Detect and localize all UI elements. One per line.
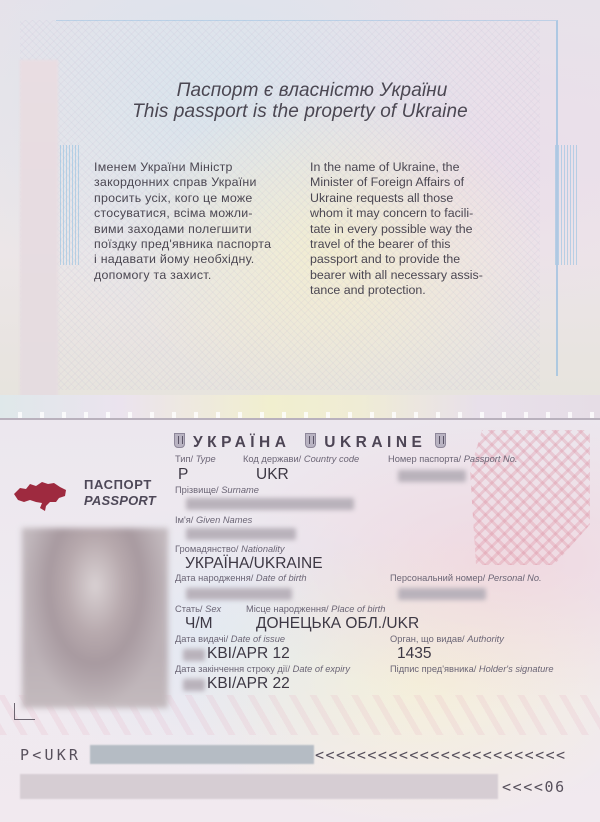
passport-number-label: Номер паспорта/ Passport No. [388, 454, 517, 464]
trident-icon [435, 433, 446, 448]
country-name-en: UKRAINE [324, 434, 426, 451]
ukraine-map-icon [12, 478, 68, 514]
document-title-en: PASSPORT [84, 493, 156, 509]
microprint-strip-left [60, 145, 80, 265]
mrz-line-1-prefix: P<UKR [20, 746, 81, 764]
place-of-birth-label: Місце народження/ Place of birth [246, 604, 385, 614]
surname-redacted [186, 498, 354, 510]
authority-value: 1435 [397, 645, 431, 663]
microprint-strip-right [555, 145, 577, 265]
personal-number-redacted [398, 588, 486, 600]
country-code-value: UKR [256, 466, 289, 484]
holder-photo-blurred [22, 528, 168, 708]
trident-icon [305, 433, 316, 448]
date-of-birth-redacted [186, 588, 292, 600]
observations-page: Паспорт є власністю України This passpor… [0, 0, 600, 418]
nationality-value: УКРАЇНА/UKRAINE [185, 555, 323, 573]
mrz-line-2-suffix: <<<<06 [502, 778, 566, 796]
date-of-birth-label: Дата народження/ Date of birth [175, 573, 307, 583]
date-of-issue-day-redacted [183, 649, 205, 661]
photo-corner-mark [14, 703, 35, 720]
mrz-line-1-filler: <<<<<<<<<<<<<<<<<<<<<<<< [315, 746, 567, 764]
trident-icon [174, 433, 185, 448]
country-code-label: Код держави/ Country code [243, 454, 359, 464]
mrz-line-2-redacted [20, 774, 498, 799]
authority-label: Орган, що видав/ Authority [390, 634, 504, 644]
date-of-expiry-value: KBI/APR 22 [207, 675, 290, 693]
document-title: ПАСПОРТ PASSPORT [84, 477, 156, 509]
date-of-issue-value: KBI/APR 12 [207, 645, 290, 663]
place-of-birth-value: ДОНЕЦЬКА ОБЛ./UKR [256, 615, 419, 633]
country-name-ua: УКРАЇНА [193, 434, 290, 451]
surname-label: Прізвище/ Surname [175, 485, 259, 495]
embroidery-ornament [470, 430, 590, 565]
mrz-line-1-redacted [90, 745, 314, 764]
date-of-expiry-day-redacted [183, 679, 205, 691]
personal-number-label: Персональний номер/ Personal No. [390, 573, 542, 583]
given-names-label: Ім'я/ Given Names [175, 515, 252, 525]
type-label: Тип/ Type [175, 454, 216, 464]
nationality-label: Громадянство/ Nationality [175, 544, 285, 554]
date-of-issue-label: Дата видачі/ Date of issue [175, 634, 285, 644]
sex-value: Ч/M [185, 615, 213, 633]
passport-number-redacted [398, 470, 466, 482]
sex-label: Стать/ Sex [175, 604, 221, 614]
document-title-ua: ПАСПОРТ [84, 477, 156, 493]
holder-signature-label: Підпис пред'явника/ Holder's signature [390, 664, 554, 674]
property-statement-ua: Паспорт є власністю України [12, 80, 600, 102]
biographical-data-page: УКРАЇНА UKRAINE ПАСПОРТ PASSPORT Тип/ Ty… [0, 420, 600, 822]
page-perforation [0, 412, 600, 418]
request-paragraph-ua: Іменем України Міністр закордонних справ… [94, 160, 294, 283]
request-paragraph-en: In the name of Ukraine, the Minister of … [310, 160, 500, 299]
type-value: P [178, 466, 188, 484]
country-header: УКРАЇНА UKRAINE [174, 433, 454, 452]
property-statement-en: This passport is the property of Ukraine [0, 101, 600, 123]
date-of-expiry-label: Дата закінчення строку дії/ Date of expi… [175, 664, 350, 674]
given-names-redacted [186, 528, 296, 540]
